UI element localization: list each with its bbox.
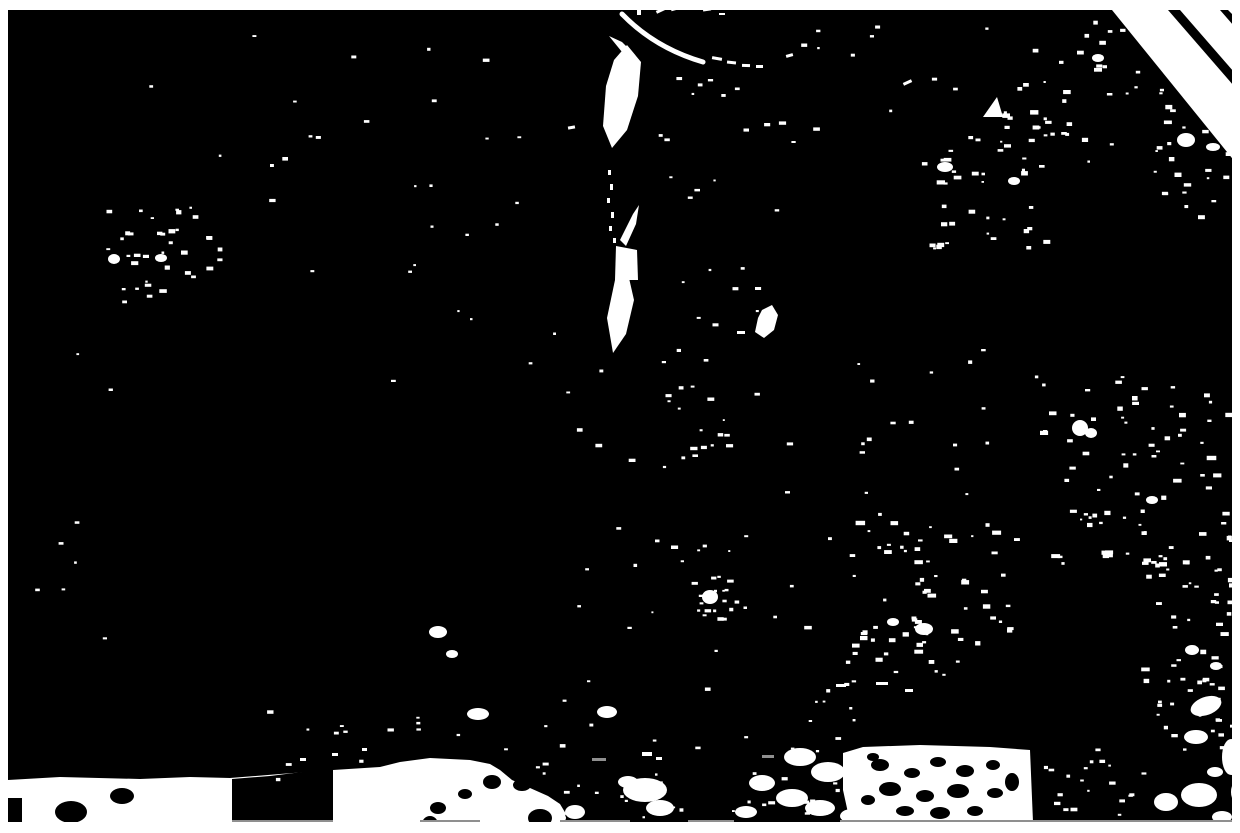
speckle (1211, 730, 1215, 733)
speckle (676, 77, 682, 80)
speckle (35, 589, 40, 592)
cobble-hole (947, 784, 969, 798)
speckle (711, 444, 714, 446)
dash (656, 757, 662, 760)
bottom-clump (811, 762, 845, 782)
speckle (915, 547, 921, 551)
speckle (828, 537, 832, 540)
speckle (1136, 71, 1140, 74)
speckle (1170, 109, 1176, 112)
speckle (932, 78, 937, 81)
speckle (875, 26, 880, 29)
speckle (1123, 463, 1128, 467)
speckle (1050, 133, 1054, 136)
speckle (987, 233, 990, 235)
speckle (981, 590, 988, 594)
speckle (1090, 760, 1094, 763)
speckle (833, 782, 837, 784)
speckle (857, 363, 860, 365)
speckle (1218, 733, 1224, 736)
speckle (276, 778, 281, 781)
speckle (999, 621, 1002, 624)
speckle (682, 281, 685, 283)
speckle (744, 535, 748, 537)
bottom-clump (776, 789, 808, 807)
speckle (1099, 760, 1105, 763)
speckle (1178, 434, 1182, 437)
speckle (1132, 396, 1138, 401)
speckle (310, 270, 314, 272)
speckle (704, 359, 709, 362)
speckle (773, 616, 777, 619)
foliage-blob (1008, 177, 1020, 185)
speckle (1005, 126, 1010, 129)
speckle (1144, 531, 1147, 533)
dash (300, 758, 306, 761)
speckle (106, 248, 110, 250)
speckle (986, 442, 990, 445)
speckle (1142, 38, 1149, 41)
speckle (775, 209, 780, 211)
speckle (909, 421, 914, 424)
speckle (1058, 556, 1063, 558)
speckle (768, 801, 775, 804)
speckle (1126, 93, 1129, 95)
speckle (889, 110, 892, 113)
speckle (351, 56, 356, 59)
speckle (713, 323, 719, 326)
speckle (656, 781, 663, 784)
speckle (544, 725, 547, 727)
speckle (714, 590, 717, 593)
speckle (577, 785, 580, 787)
speckle (176, 229, 179, 231)
speckle (1023, 83, 1029, 87)
speckle (1156, 451, 1160, 453)
speckle (1080, 780, 1084, 782)
speckle (853, 575, 856, 577)
speckle (1186, 562, 1190, 564)
speckle (860, 451, 865, 454)
speckle (823, 701, 826, 703)
speckle (1204, 393, 1210, 397)
speckle (904, 532, 910, 536)
speckle (1033, 126, 1040, 130)
speckle (1061, 562, 1064, 565)
speckle (1065, 133, 1069, 136)
speckle (1194, 586, 1199, 588)
speckle (1120, 29, 1125, 32)
photo-content (8, 5, 1240, 832)
dash (840, 820, 1232, 822)
speckle (1159, 574, 1166, 577)
speckle (1166, 569, 1169, 571)
speckle (143, 255, 149, 258)
speckle (134, 254, 141, 257)
speckle (1115, 381, 1122, 384)
speckle (969, 210, 976, 214)
speckle (926, 633, 929, 635)
speckle (972, 172, 979, 176)
speckle (1109, 476, 1112, 479)
speckle (860, 636, 868, 640)
speckle (1084, 767, 1088, 769)
speckle (1123, 517, 1126, 519)
speckle (408, 271, 412, 273)
speckle (929, 660, 935, 664)
speckle (964, 607, 968, 610)
speckle (1151, 561, 1156, 564)
speckle (735, 88, 740, 91)
speckle (1211, 200, 1216, 202)
speckle (333, 775, 336, 777)
speckle (595, 792, 599, 794)
speckle (835, 737, 841, 740)
speckle (849, 707, 852, 710)
bottom-clump (735, 806, 757, 818)
speckle (1117, 407, 1123, 411)
speckle (1212, 656, 1219, 659)
speckle (414, 185, 416, 187)
speckle (949, 222, 955, 226)
speckle (968, 136, 973, 139)
speckle (668, 400, 671, 402)
speckle (206, 267, 213, 271)
speckle (1220, 746, 1226, 749)
speckle (1217, 665, 1223, 668)
path-hole (110, 788, 134, 804)
speckle (1049, 411, 1057, 415)
speckle (705, 688, 711, 691)
speckle (1135, 492, 1140, 495)
speckle (861, 442, 865, 445)
speckle (217, 258, 222, 261)
speckle (1119, 799, 1125, 802)
speckle (1205, 169, 1211, 172)
speckle (1093, 21, 1098, 25)
speckle (536, 804, 539, 807)
speckle (1215, 570, 1218, 572)
speckle (1184, 205, 1188, 208)
speckle (756, 310, 759, 312)
speckle (1163, 192, 1168, 195)
speckle (359, 760, 363, 763)
speckle (1029, 139, 1035, 142)
speckle (671, 546, 678, 550)
speckle (1121, 417, 1124, 419)
speckle (416, 722, 420, 725)
speckle (863, 630, 868, 634)
speckle (169, 241, 173, 244)
speckle (1095, 749, 1100, 752)
speckle (679, 386, 684, 389)
speckle (1218, 115, 1225, 119)
speckle (1209, 401, 1212, 404)
speckle (655, 540, 660, 543)
speckle (817, 47, 820, 49)
speckle (1180, 429, 1186, 432)
speckle (1200, 650, 1206, 655)
speckle (1064, 479, 1069, 482)
dash (560, 820, 630, 822)
speckle (876, 658, 883, 662)
speckle (648, 808, 651, 811)
speckle (634, 564, 638, 567)
speckle (1218, 698, 1221, 700)
photo-page (0, 0, 1240, 833)
speckle (844, 683, 849, 686)
path-hole (513, 779, 531, 791)
speckle (1132, 402, 1139, 405)
speckle (727, 580, 734, 583)
speckle (416, 728, 421, 730)
speckle (1002, 113, 1010, 118)
dash (905, 689, 913, 692)
speckle (914, 626, 916, 628)
speckle (1039, 165, 1045, 168)
dash (420, 820, 480, 822)
speckle (1182, 192, 1186, 194)
speckle (109, 389, 113, 392)
speckle (1142, 387, 1148, 390)
speckle (495, 223, 498, 226)
speckle (207, 236, 212, 240)
speckle (1082, 138, 1088, 142)
speckle (697, 317, 701, 319)
speckle (791, 141, 795, 143)
speckle (853, 652, 858, 655)
speckle (1174, 480, 1178, 482)
speckle (764, 123, 770, 126)
speckle (811, 809, 817, 812)
speckle (653, 740, 657, 742)
speckle (884, 652, 888, 655)
dash (688, 820, 734, 822)
speckle (711, 577, 716, 580)
speckle (1063, 90, 1071, 94)
foliage-blob (1146, 496, 1158, 504)
speckle (662, 361, 666, 363)
speckle (1157, 146, 1163, 150)
speckle (1035, 376, 1038, 379)
speckle (1066, 775, 1070, 778)
speckle (1137, 26, 1140, 29)
speckle (813, 127, 820, 130)
speckle (1223, 176, 1229, 180)
speckle (465, 234, 469, 236)
speckle (543, 763, 549, 766)
speckle (688, 197, 693, 199)
speckle (700, 602, 704, 604)
speckle (968, 360, 972, 364)
speckle (457, 310, 459, 312)
speckle (900, 546, 904, 549)
speckle (219, 155, 222, 157)
speckle (729, 608, 733, 612)
bottom-clump (749, 775, 775, 791)
speckle (867, 438, 872, 442)
speckle (1207, 456, 1217, 460)
speckle (782, 777, 788, 780)
speckle (316, 136, 321, 139)
cobble-hole (986, 760, 1000, 770)
bottom-clump (784, 748, 816, 766)
speckle (1004, 144, 1011, 147)
speckle (949, 539, 957, 543)
above-band-blob (467, 708, 489, 720)
speckle (193, 215, 199, 219)
speckle (920, 578, 924, 582)
speckle (981, 349, 986, 351)
speckle (340, 725, 344, 727)
cobble-hole (930, 807, 950, 819)
speckle (1169, 546, 1174, 549)
speckle (135, 288, 139, 290)
cobble-hole (904, 768, 920, 778)
speckle (918, 539, 923, 541)
speckle (1141, 668, 1150, 672)
speckle (1160, 89, 1164, 92)
speckle (1124, 422, 1127, 424)
speckle (627, 627, 631, 629)
speckle (915, 582, 920, 585)
speckle (189, 207, 192, 209)
speckle (1146, 575, 1152, 579)
speckle (717, 576, 721, 578)
speckle (1163, 557, 1167, 560)
speckle (878, 513, 882, 516)
speckle (1017, 87, 1022, 91)
speckle (663, 466, 666, 468)
speckle (1004, 111, 1007, 113)
speckle (713, 180, 715, 182)
speckle (1122, 453, 1126, 455)
speckle (1179, 413, 1186, 417)
speckle (914, 650, 923, 654)
speckle (815, 701, 818, 703)
speckle (810, 800, 815, 803)
speckle (1157, 714, 1160, 716)
speckle (1218, 687, 1225, 691)
speckle (944, 182, 948, 184)
speckle (1092, 514, 1097, 518)
speckle (655, 773, 658, 775)
speckle (722, 618, 727, 621)
speckle (942, 674, 945, 676)
speckle (139, 210, 143, 213)
right-edge-blob (1184, 730, 1208, 744)
speckle (577, 605, 581, 607)
left-cluster-blob (155, 254, 167, 262)
speckle (852, 644, 860, 648)
under-rail-blob (1092, 54, 1104, 62)
speckle (887, 544, 891, 546)
speckle (1228, 536, 1231, 538)
speckle (1087, 161, 1090, 163)
speckle (1070, 510, 1077, 513)
dash (332, 753, 338, 756)
speckle (986, 217, 989, 220)
speckle (697, 609, 700, 611)
cobble-hole (956, 765, 974, 777)
speckle (1058, 793, 1063, 796)
speckle (151, 217, 154, 219)
speckle (991, 237, 997, 240)
speckle (1089, 516, 1092, 519)
speckle (145, 281, 147, 283)
speckle (1173, 626, 1178, 629)
dash (642, 752, 652, 756)
speckle (1189, 582, 1192, 584)
speckle (1171, 386, 1175, 388)
speckle (951, 629, 959, 633)
speckle (1161, 496, 1166, 500)
path-hole (430, 802, 446, 814)
speckle (120, 237, 124, 240)
speckle (1164, 121, 1172, 125)
speckle (836, 789, 840, 792)
speckle (1187, 619, 1190, 621)
mid-left-blob (429, 626, 447, 638)
speckle (616, 527, 621, 530)
speckle (790, 585, 794, 588)
speckle (868, 530, 871, 532)
under-rail-blob (1206, 143, 1220, 151)
speckle (669, 176, 672, 178)
speckle (826, 810, 830, 813)
speckle (1195, 100, 1199, 104)
speckle (1054, 802, 1060, 805)
speckle (1183, 748, 1187, 750)
speckle (870, 380, 874, 383)
speckle (75, 521, 80, 524)
speckle (1139, 524, 1142, 526)
speckle (631, 787, 634, 789)
speckle (856, 521, 866, 525)
speckle (309, 135, 313, 137)
speckle (122, 288, 126, 290)
speckle (912, 618, 918, 621)
speckle (286, 763, 292, 766)
speckle (1171, 615, 1176, 618)
speckle (364, 120, 370, 123)
speckle (926, 561, 930, 563)
speckle (852, 680, 856, 682)
right-edge-blob (1207, 767, 1223, 777)
dash (876, 682, 888, 685)
speckle (1167, 142, 1171, 145)
speckle (801, 44, 807, 47)
speckle (917, 643, 924, 647)
speckle (1109, 782, 1116, 785)
dash (362, 748, 367, 751)
speckle (1022, 169, 1025, 172)
speckle (427, 48, 430, 51)
speckle (956, 661, 960, 663)
speckle (1200, 474, 1205, 477)
speckle (934, 575, 937, 577)
speckle (1170, 406, 1174, 408)
speckle (577, 428, 583, 432)
speckle (293, 101, 297, 103)
speckle (643, 816, 646, 818)
speckle (933, 247, 936, 249)
speckle (1007, 627, 1013, 630)
speckle (1067, 439, 1073, 442)
speckle (976, 139, 981, 142)
speckle (721, 94, 725, 97)
speckle (701, 446, 707, 449)
